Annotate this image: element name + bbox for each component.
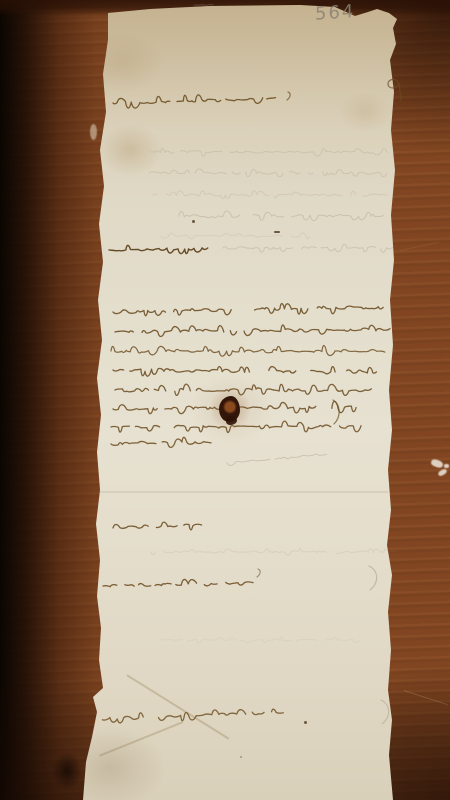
photo-of-manuscript: 564: [0, 0, 450, 800]
handwriting-constitutions: [108, 233, 215, 265]
handwriting-ghost-2: [148, 158, 386, 188]
handwriting-subpena: [95, 698, 280, 734]
handwriting-ghost-mid-low: [160, 625, 360, 655]
ink-blot-hole: [217, 394, 243, 426]
handwriting-vive-sup: [256, 557, 264, 587]
handwriting-vive: [102, 568, 255, 601]
handwriting-heading: [112, 84, 271, 118]
handwriting-p8: [110, 427, 207, 459]
handwriting-para-bracket: [330, 397, 342, 427]
handwriting-p1: [112, 292, 384, 327]
lint-speck: [444, 464, 449, 468]
handwriting-heading-comma: [286, 80, 294, 110]
handwriting-const-ghost: [222, 233, 392, 263]
ink-speck: [192, 220, 195, 223]
handwriting-note: [225, 440, 323, 478]
handwriting-ghost-4: [178, 201, 388, 231]
handwriting-p2: [114, 315, 384, 347]
folio-number: 564: [315, 0, 365, 25]
ink-speck: [274, 231, 280, 233]
handwriting-p3: [110, 336, 384, 366]
handwriting-right-flourish: [366, 563, 380, 593]
ink-speck: [240, 756, 242, 758]
handwriting-ghost-5: [160, 221, 310, 251]
handwriting-exemption: [111, 510, 194, 543]
handwriting-bottom-flourish: [378, 697, 392, 727]
handwriting-p4: [112, 355, 384, 387]
handwriting-heading-flourish: [386, 75, 404, 105]
handwriting-pencil-mark: [193, 0, 215, 20]
handwriting-ghost-3: [152, 180, 382, 210]
handwriting-ghost-lower: [150, 537, 392, 567]
ink-speck: [304, 721, 307, 724]
handwriting-ghost-1: [150, 137, 385, 167]
